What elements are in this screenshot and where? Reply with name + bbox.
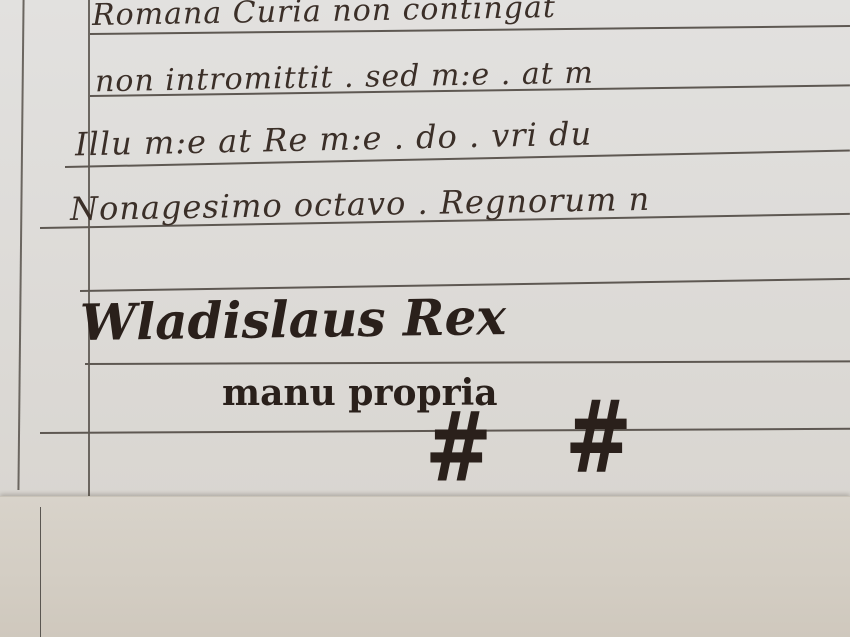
royal-monogram-right: #: [565, 378, 632, 496]
manuscript-photo: Romana Curia non contingat non intromitt…: [0, 0, 850, 637]
manuscript-line-4: Nonagesimo octavo . Regnorum n: [70, 180, 651, 228]
margin-rule-inner: [88, 0, 90, 500]
royal-monogram-left: #: [425, 391, 492, 504]
royal-signature: Wladislaus Rex: [80, 287, 507, 352]
margin-rule-lower: [40, 507, 41, 637]
manuscript-line-2: non intromittit . sed m:e . at m: [95, 56, 594, 100]
upper-page: Romana Curia non contingat non intromitt…: [0, 0, 850, 500]
lower-page: [0, 496, 850, 637]
margin-rule-outer: [17, 0, 24, 490]
ruling-line: [85, 360, 850, 364]
